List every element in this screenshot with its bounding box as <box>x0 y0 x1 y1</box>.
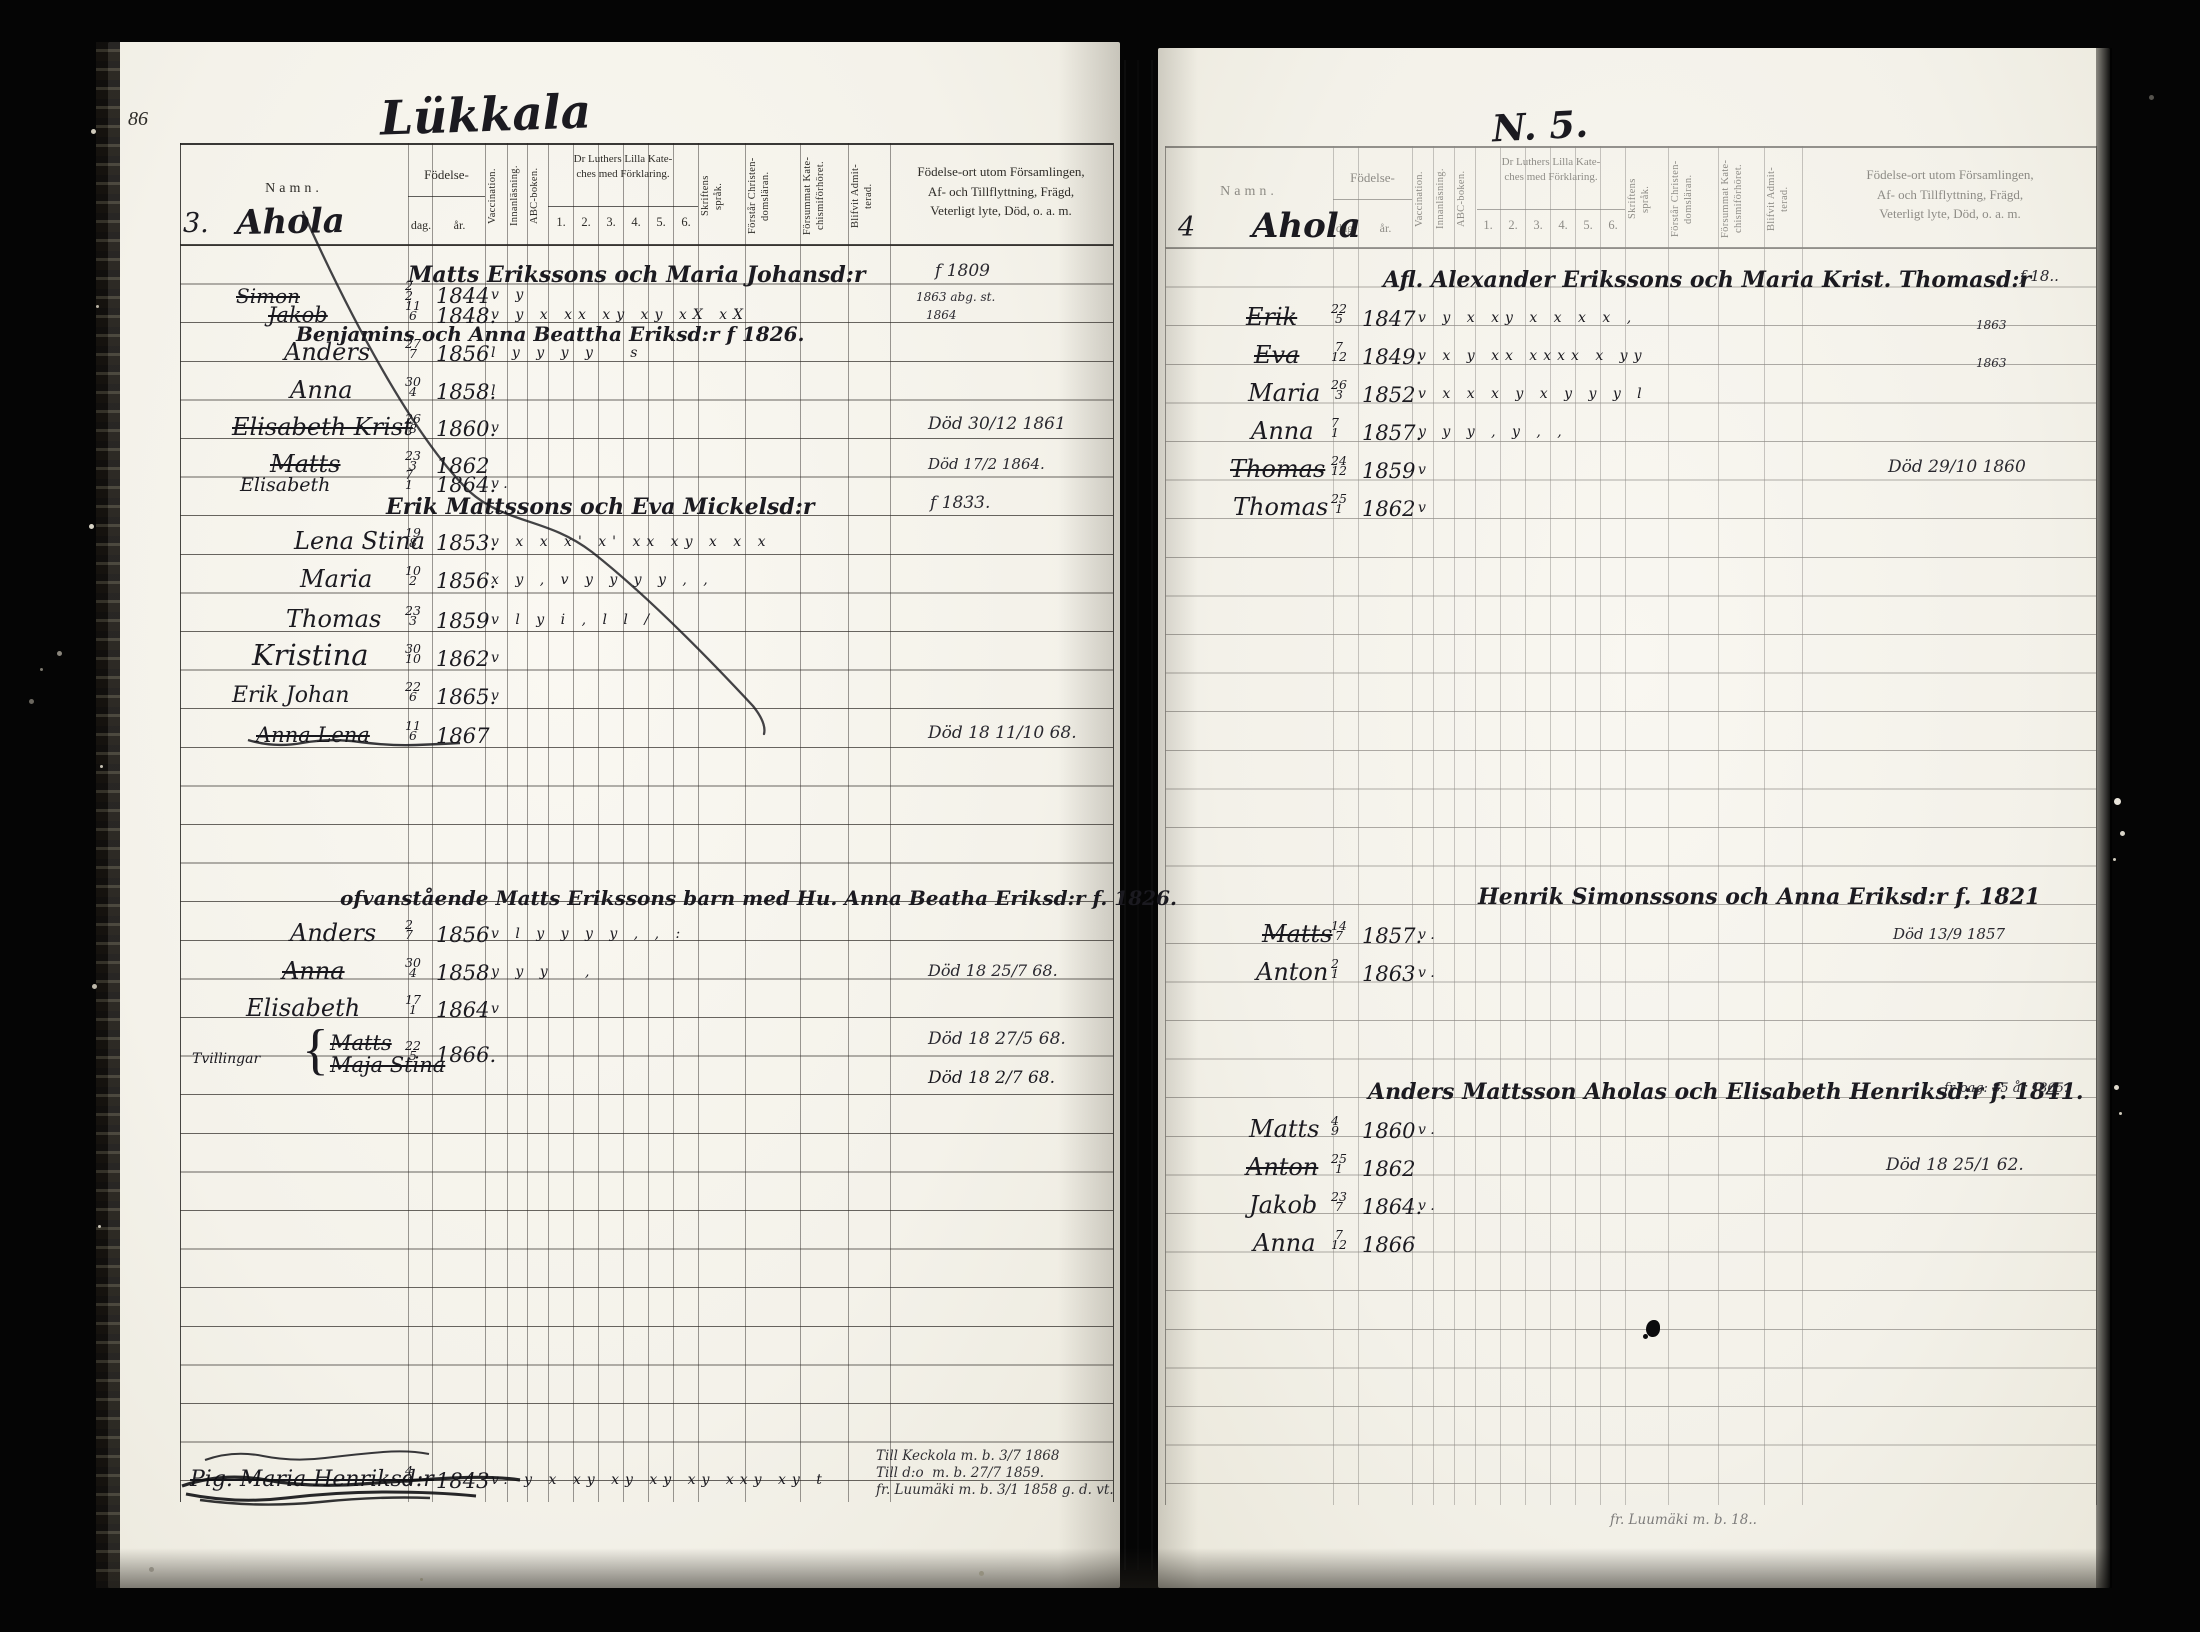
birth-year: 1857. <box>1362 924 1422 948</box>
remark-note: 1864 <box>926 308 957 322</box>
birth-day-fraction: 102 <box>405 566 421 587</box>
fraction-denominator: 8 <box>409 538 417 548</box>
birth-day-fraction: 2412 <box>1331 456 1347 477</box>
scanned-ledger-spread: 86 Lükkala 3. Ahola N. 5. 4 Ahola Namn.F… <box>0 0 2200 1632</box>
fodelse-header: Födelse- <box>408 167 485 183</box>
reading-marks: v. <box>1418 1198 1878 1214</box>
person-name: Elisabeth Krist <box>232 413 413 441</box>
birth-day-fraction: 21 <box>1331 959 1339 980</box>
person-name: Anna <box>290 376 353 404</box>
remark-note: Död 18 2/7 68. <box>928 1068 1055 1088</box>
birth-day-fraction: 233 <box>405 606 421 627</box>
reading-marks: v y x xx xy xy xX xX <box>491 307 918 323</box>
reading-marks: x y , v y y y y , , <box>491 572 918 588</box>
ink-blot <box>1646 1320 1660 1337</box>
remark-note: 1863 <box>1976 318 2007 332</box>
birth-day-fraction: 171 <box>405 995 421 1016</box>
reading-marks: v l y i , l l / <box>491 612 918 628</box>
reading-marks: v <box>491 1001 918 1017</box>
kateches-col-number: 3. <box>600 215 622 230</box>
left-farm-number: 3. <box>183 208 209 239</box>
person-name: Maja Stina <box>330 1053 445 1077</box>
birth-day-fraction: 251 <box>1331 1154 1347 1175</box>
person-name: Anna Lena <box>256 723 370 747</box>
person-name: Eva <box>1254 341 1299 369</box>
remark-note: f 1809 <box>935 261 990 281</box>
gutter-seam <box>1124 60 1126 1570</box>
ar-header: år. <box>1359 221 1412 236</box>
birth-year: 1856 <box>436 342 489 366</box>
fraction-denominator: 6 <box>409 311 417 321</box>
fraction-denominator: 2 <box>409 576 417 586</box>
forsummat-header: Försummat Kate- chismiförhöret. <box>1719 152 1763 246</box>
forsummat-header: Försummat Kate- chismiförhöret. <box>801 149 847 243</box>
birth-day-fraction: 27 <box>405 920 413 941</box>
birth-day-fraction: 263 <box>1331 380 1347 401</box>
family-heading: Erik Mattssons och Eva Mickelsd:r <box>386 494 814 520</box>
twins-brace: { <box>302 1018 329 1082</box>
fraction-denominator: 8 <box>409 424 417 434</box>
vaccination-header: Vaccination. <box>1413 152 1432 246</box>
remark-note: fr pag: 85 år 1865. <box>1944 1081 2068 1096</box>
person-name: Thomas <box>1230 455 1325 483</box>
birth-year: 1856 <box>436 923 489 947</box>
forstar-header: Förstår Christen- domsläran. <box>746 149 799 243</box>
fraction-denominator: 12 <box>1331 1240 1347 1250</box>
margin-note-line: Till Keckola m. b. 3/7 1868 <box>876 1448 1114 1465</box>
person-name: Maria <box>1248 379 1320 407</box>
forstar-header: Förstår Christen- domsläran. <box>1669 152 1717 246</box>
birth-year: 1863 <box>1362 962 1415 986</box>
birth-year: 1862 <box>436 647 489 671</box>
left-bottom-notes: Till Keckola m. b. 3/7 1868Till d:o m. b… <box>876 1448 1114 1499</box>
remark-note: 1863 abg. st. <box>916 290 995 304</box>
kateches-col-number: 4. <box>1552 218 1574 233</box>
birth-year: 1843 <box>436 1469 489 1493</box>
family-heading: Henrik Simonssons och Anna Eriksd:r f. 1… <box>1478 884 2040 910</box>
birth-year: 1864. <box>1362 1195 1422 1219</box>
birth-day-fraction: 304 <box>405 958 421 979</box>
birth-year: 1858 <box>436 961 489 985</box>
kateches-col-number: 6. <box>675 215 697 230</box>
reading-marks: v. y x xy xy xy xy xxy xy t <box>491 1472 918 1488</box>
kateches-col-number: 2. <box>1502 218 1524 233</box>
remark-note: 1863 <box>1976 356 2007 370</box>
remark-note: Död 18 25/7 68. <box>928 961 1058 980</box>
person-name: Matts <box>1249 1115 1320 1143</box>
person-name: Matts <box>330 1031 392 1055</box>
birth-year: 1859 <box>1362 459 1415 483</box>
birth-year: 1864 <box>436 998 489 1022</box>
vaccination-header: Vaccination. <box>486 149 506 243</box>
fraction-denominator: 1 <box>1335 1164 1343 1174</box>
birth-year: 1860. <box>436 417 496 441</box>
twins-label: Tvillingar <box>192 1051 260 1067</box>
reading-marks: l <box>491 383 918 399</box>
reading-marks: v. <box>1418 965 1878 981</box>
fraction-denominator: 1 <box>1331 969 1339 979</box>
birth-year: 1857. <box>1362 421 1422 445</box>
left-farm-name: Ahola <box>236 201 345 243</box>
birth-year: 1867 <box>436 724 489 748</box>
innanlasning-header: Innanläsning. <box>508 149 526 243</box>
namn-header: Namn. <box>1165 184 1333 200</box>
kateches-col-number: 6. <box>1602 218 1624 233</box>
birth-day-fraction: 304 <box>405 377 421 398</box>
birth-year: 1849. <box>1362 345 1422 369</box>
birth-year: 1859 <box>436 609 489 633</box>
gutter-seam <box>1137 60 1139 1570</box>
fraction-denominator: 1 <box>409 1005 417 1015</box>
person-name: Jakob <box>1249 1191 1317 1219</box>
kateches-col-number: 5. <box>1577 218 1599 233</box>
margin-note-line: fr. Luumäki m. b. 18.. <box>1610 1512 1757 1529</box>
reading-marks: l y y y y s <box>491 345 918 361</box>
fraction-denominator: 3 <box>1335 390 1343 400</box>
reading-marks: v. <box>1418 927 1878 943</box>
birth-day-fraction: 116 <box>405 301 421 322</box>
right-page-title: N. 5. <box>1491 102 1589 151</box>
person-name: Kristina <box>252 638 369 672</box>
kateches-col-number: 1. <box>1477 218 1499 233</box>
fraction-denominator: 7 <box>405 930 413 940</box>
abc-header: ABC-boken. <box>1455 152 1474 246</box>
birth-day-fraction: 226 <box>405 682 421 703</box>
right-farm-number: 4 <box>1178 212 1195 243</box>
fraction-denominator: 9 <box>1331 1126 1339 1136</box>
birth-year: 1858. <box>436 380 496 404</box>
reading-marks: v <box>491 688 918 704</box>
remark-note: Död 29/10 1860 <box>1888 457 2026 477</box>
person-name: Anton <box>1246 1153 1318 1181</box>
birth-year: 1865. <box>436 685 496 709</box>
reading-marks: v. <box>491 476 918 492</box>
person-name: Anton <box>1256 958 1328 986</box>
person-name: Anna <box>282 957 345 985</box>
person-name: Matts <box>1262 920 1333 948</box>
admitterad-header: Blifvit Admit- terad. <box>849 149 889 243</box>
fodelse-header: Födelse- <box>1333 170 1412 186</box>
remark-note: Död 18 25/1 62. <box>1886 1155 2024 1175</box>
reading-marks: v. <box>1418 1122 1878 1138</box>
margin-note-line: Till d:o m. b. 27/7 1859. <box>876 1465 1114 1482</box>
gutter-seam <box>1151 60 1153 1570</box>
fraction-denominator: 4 <box>409 387 417 397</box>
dag-header: dag. <box>1333 221 1359 236</box>
fraction-denominator: 4 <box>409 968 417 978</box>
abc-header: ABC-boken. <box>528 149 547 243</box>
birth-day-fraction: 71 <box>1331 418 1339 439</box>
fraction-denominator: 7 <box>1335 931 1343 941</box>
fraction-denominator: 5 <box>409 1051 417 1061</box>
kateches-col-number: 1. <box>550 215 572 230</box>
person-name: Thomas <box>1233 493 1328 521</box>
person-name: Anders <box>284 338 370 366</box>
fraction-denominator: 1 <box>1335 504 1343 514</box>
skriftens-header: Skriftens språk. <box>1626 152 1667 246</box>
scan-speckles <box>0 0 3 3</box>
person-name: Anna <box>1253 1229 1316 1257</box>
innanlasning-header: Innanläsning. <box>1434 152 1453 246</box>
birth-year: 1852 <box>1362 383 1415 407</box>
birth-year: 1862 <box>1362 1157 1415 1181</box>
kateches-header: Dr Luthers Lilla Kate- ches med Förklari… <box>548 152 698 182</box>
margin-note-line: fr. Luumäki m. b. 3/1 1858 g. d. vt. <box>876 1482 1114 1499</box>
reading-marks: y y y , y , , <box>1418 424 1878 440</box>
fraction-denominator: 1 <box>1331 428 1339 438</box>
family-heading: Afl. Alexander Erikssons och Maria Krist… <box>1383 267 2031 293</box>
reading-marks: v y x xy x x x x , <box>1418 310 1878 326</box>
birth-day-fraction: 712 <box>1331 342 1347 363</box>
namn-header: Namn. <box>180 181 408 197</box>
remarks-header: Födelse-ort utom Församlingen, Af- och T… <box>1806 165 2094 224</box>
fraction-denominator: 7 <box>409 349 417 359</box>
birth-day-fraction: 712 <box>1331 1230 1347 1251</box>
fraction-denominator: 6 <box>409 692 417 702</box>
person-name: Anders <box>290 919 376 947</box>
birth-year: 1853. <box>436 531 496 555</box>
birth-year: 1862 <box>1362 497 1415 521</box>
remark-note: Död 17/2 1864. <box>928 455 1045 473</box>
birth-day-fraction: 49 <box>1331 1116 1339 1137</box>
kateches-col-number: 3. <box>1527 218 1549 233</box>
birth-year: 1866. <box>436 1043 496 1067</box>
birth-day-fraction: 116 <box>405 721 421 742</box>
remark-note: f 18.. <box>2020 267 2059 285</box>
skriftens-header: Skriftens språk. <box>699 149 744 243</box>
right-bottom-notes: fr. Luumäki m. b. 18.. <box>1610 1512 1757 1529</box>
person-name: Thomas <box>286 605 381 633</box>
reading-marks: v l y y y y , , : <box>491 926 918 942</box>
fraction-denominator: 7 <box>1335 1202 1343 1212</box>
kateches-col-number: 5. <box>650 215 672 230</box>
birth-day-fraction: 44 <box>405 1466 413 1487</box>
birth-day-fraction: 225 <box>405 1041 421 1062</box>
reading-marks: y y y , <box>491 964 918 980</box>
family-heading: ofvanstående Matts Erikssons barn med Hu… <box>340 886 1177 910</box>
birth-day-fraction: 71 <box>405 470 413 491</box>
birth-year: 1847 <box>1362 307 1415 331</box>
fraction-denominator: 12 <box>1331 466 1347 476</box>
fraction-denominator: 10 <box>405 654 421 664</box>
kateches-col-number: 2. <box>575 215 597 230</box>
reading-marks: v <box>491 420 918 436</box>
reading-marks: v <box>1418 500 1878 516</box>
birth-day-fraction: 3010 <box>405 644 421 665</box>
person-name: Pig. Maria Henriksd:r <box>190 1467 434 1492</box>
person-name: Erik Johan <box>232 683 349 708</box>
reading-marks: v x y xx xxxx x yy <box>1418 348 1878 364</box>
remark-note: Död 13/9 1857 <box>1893 925 2005 943</box>
fraction-denominator: 4 <box>405 1476 413 1486</box>
reading-marks: v x x x y x y y y l <box>1418 386 1878 402</box>
remarks-header: Födelse-ort utom Församlingen, Af- och T… <box>893 162 1109 221</box>
birth-day-fraction: 268 <box>405 414 421 435</box>
ar-header: år. <box>434 218 485 233</box>
person-name: Anna <box>1251 417 1314 445</box>
fraction-denominator: 6 <box>409 731 417 741</box>
kateches-header: Dr Luthers Lilla Kate- ches med Förklari… <box>1477 155 1625 185</box>
left-page-number: 86 <box>128 108 148 131</box>
fraction-denominator: 1 <box>405 480 413 490</box>
left-page-title: Lükkala <box>379 84 592 146</box>
dag-header: dag. <box>408 218 434 233</box>
fraction-denominator: 3 <box>409 616 417 626</box>
fraction-denominator: 5 <box>1335 314 1343 324</box>
birth-year: 1866 <box>1362 1233 1415 1257</box>
person-name: Maria <box>300 565 372 593</box>
birth-day-fraction: 198 <box>405 528 421 549</box>
remark-note: Död 30/12 1861 <box>928 414 1066 434</box>
remark-note: Död 18 27/5 68. <box>928 1029 1066 1049</box>
fraction-denominator: 12 <box>1331 352 1347 362</box>
birth-day-fraction: 237 <box>1331 1192 1347 1213</box>
kateches-col-number: 4. <box>625 215 647 230</box>
remark-note: Död 18 11/10 68. <box>928 723 1077 743</box>
birth-day-fraction: 147 <box>1331 921 1347 942</box>
reading-marks: v <box>491 650 918 666</box>
birth-year: 1856. <box>436 569 496 593</box>
birth-year: 1860 <box>1362 1119 1415 1143</box>
birth-day-fraction: 251 <box>1331 494 1347 515</box>
family-heading: Benjamins och Anna Beattha Eriksd:r f 18… <box>296 322 805 346</box>
person-name: Erik <box>1246 303 1297 331</box>
reading-marks: v y <box>491 287 918 303</box>
remark-note: f 1833. <box>930 493 990 513</box>
birth-day-fraction: 225 <box>1331 304 1347 325</box>
person-name: Elisabeth <box>240 474 330 496</box>
reading-marks: v <box>1418 462 1878 478</box>
admitterad-header: Blifvit Admit- terad. <box>1765 152 1801 246</box>
reading-marks: v x x x' x' xx xy x x x <box>491 534 918 550</box>
birth-day-fraction: 277 <box>405 339 421 360</box>
